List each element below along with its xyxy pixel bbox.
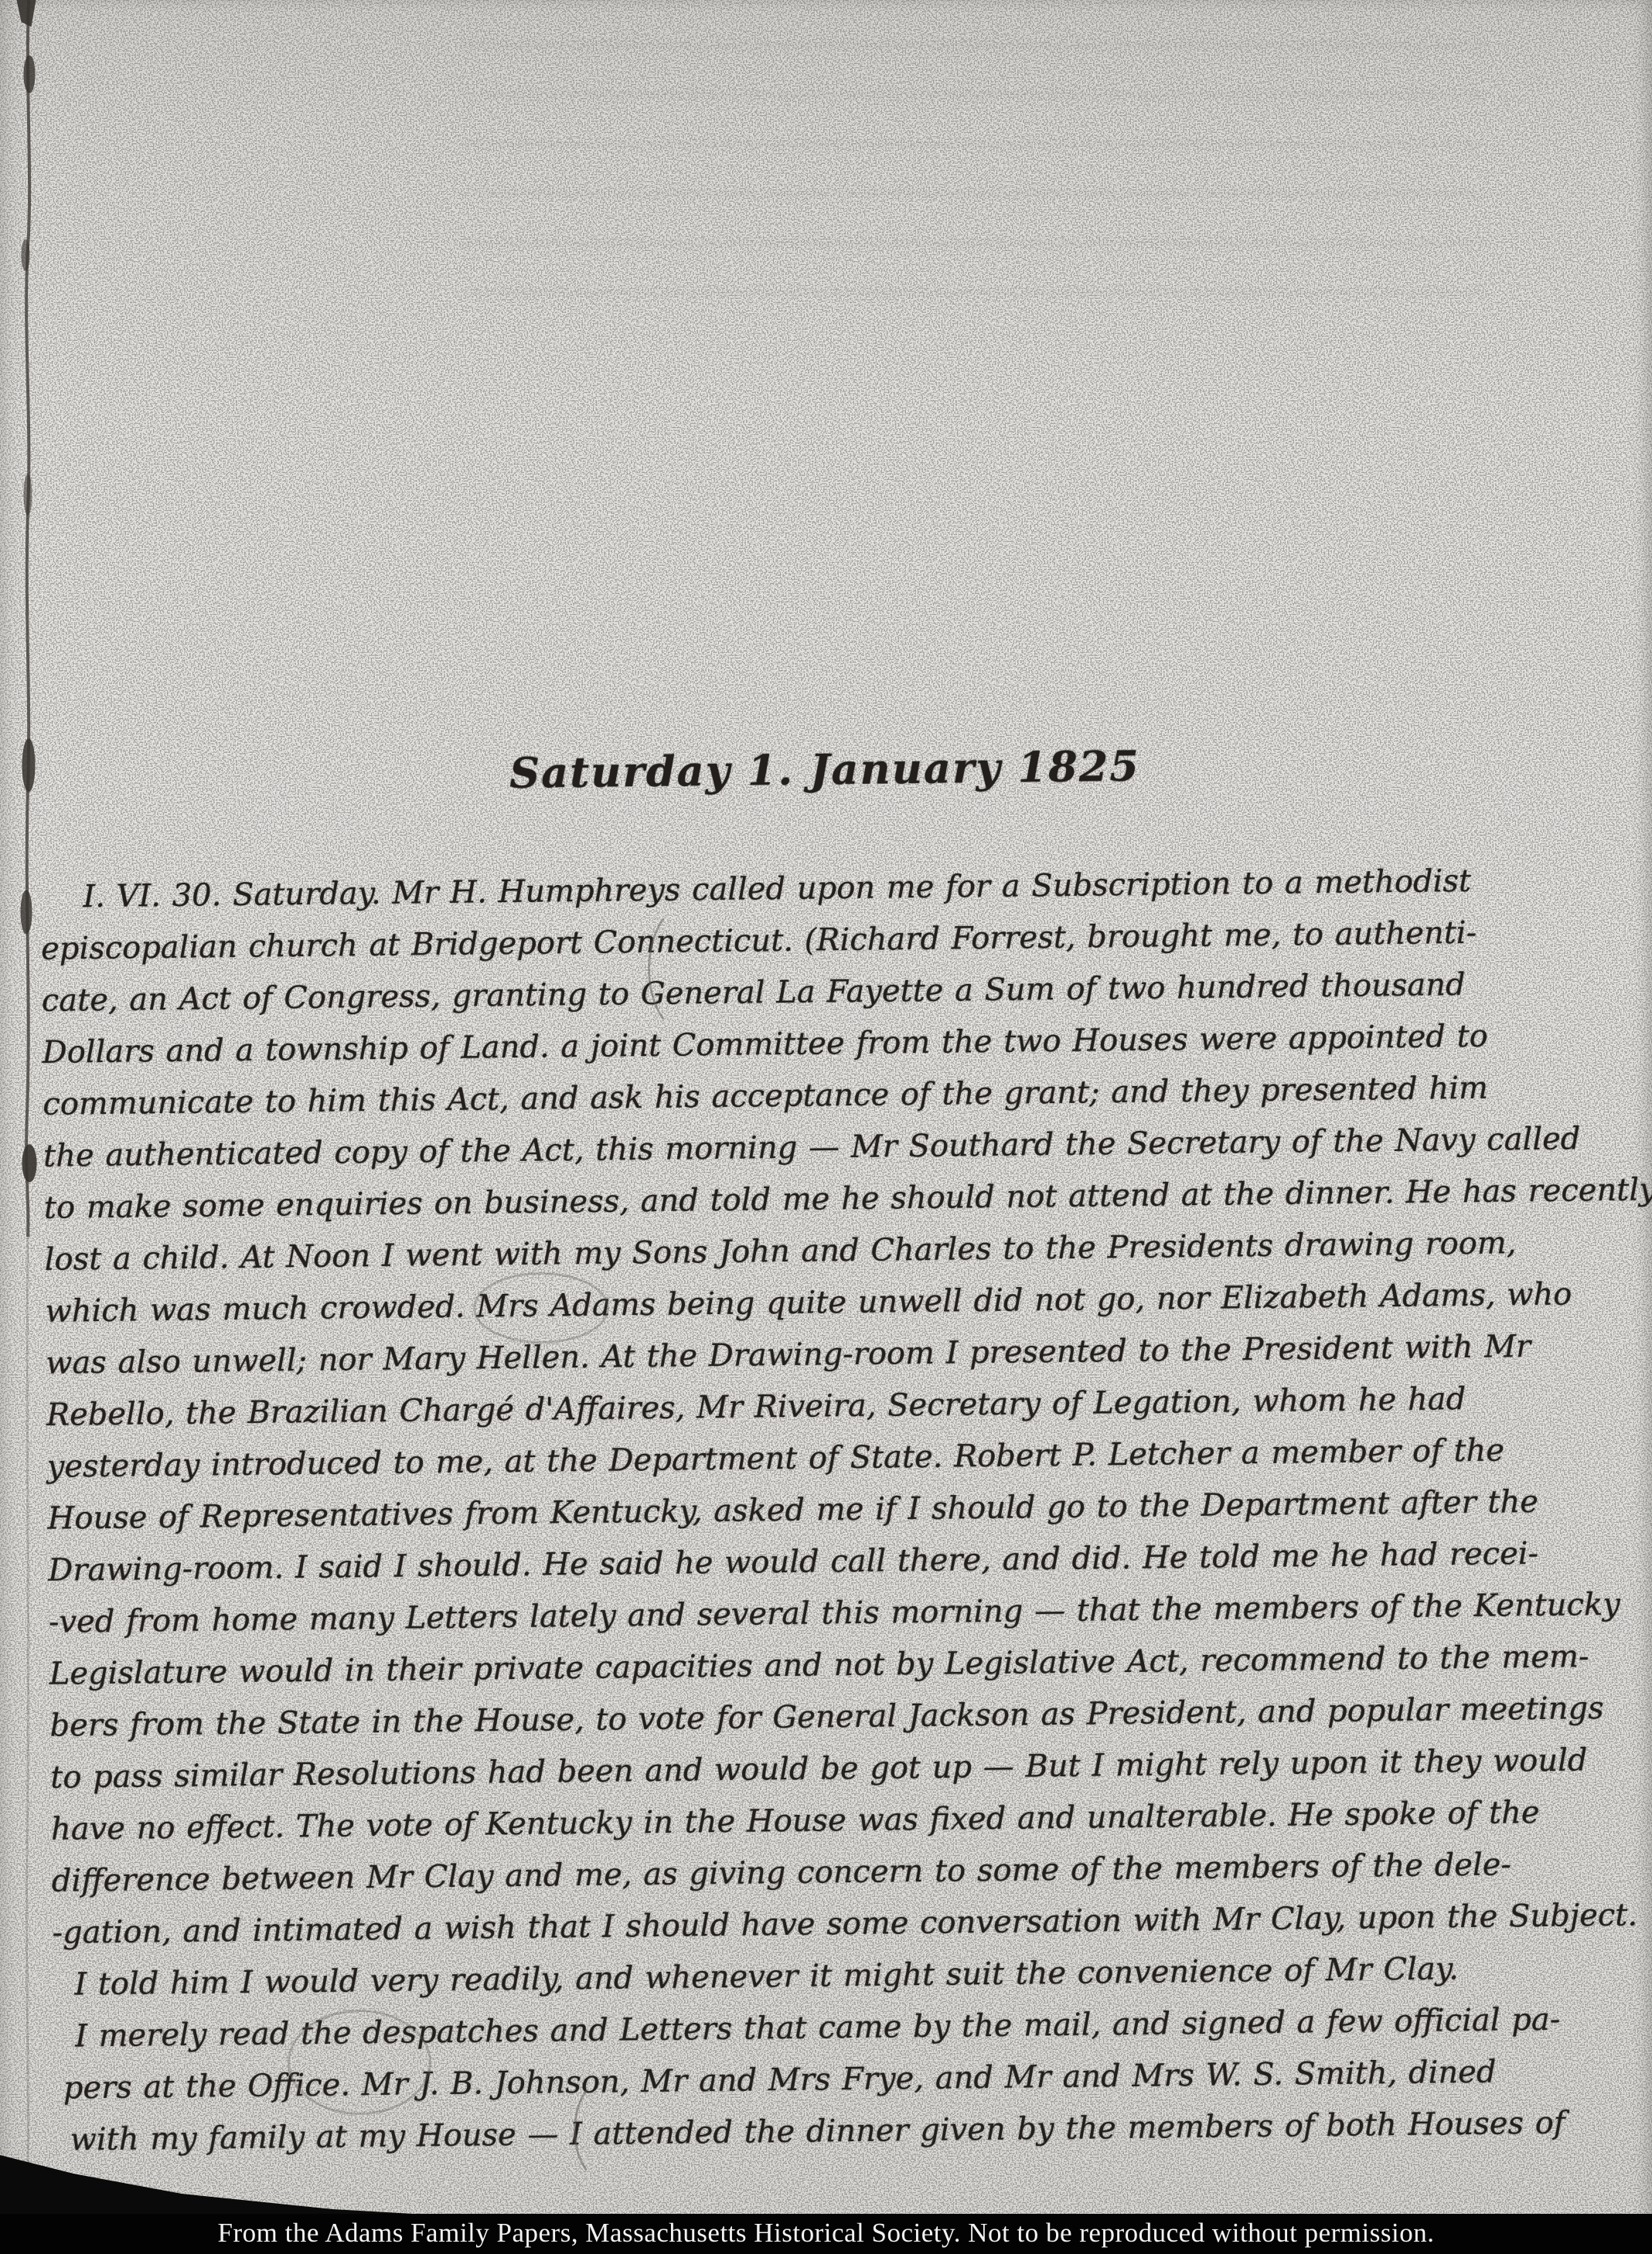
- bleedthrough-smudge: [462, 43, 1487, 298]
- copyright-bar: From the Adams Family Papers, Massachuse…: [0, 2214, 1652, 2254]
- left-crease-mark: [17, 0, 36, 2164]
- copyright-caption: From the Adams Family Papers, Massachuse…: [218, 2218, 1435, 2248]
- manuscript-scan-page: Saturday 1. January 1825 I. VI. 30. Satu…: [0, 0, 1652, 2254]
- entry-body: I. VI. 30. Saturday. Mr H. Humphreys cal…: [40, 854, 1632, 2167]
- diary-entry: Saturday 1. January 1825 I. VI. 30. Satu…: [0, 0, 1642, 1]
- entry-date-heading: Saturday 1. January 1825: [0, 735, 1651, 803]
